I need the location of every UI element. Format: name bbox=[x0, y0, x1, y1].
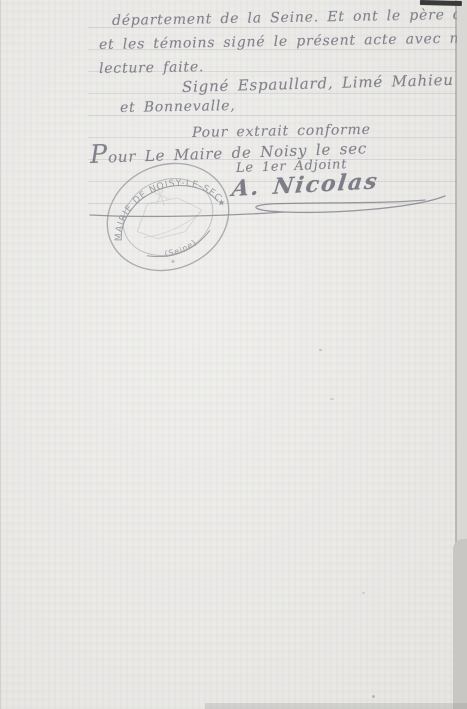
paper-speck bbox=[372, 695, 375, 698]
left-page-edge bbox=[0, 0, 1, 709]
paper-speck bbox=[362, 592, 365, 594]
mairie-stamp: MAIRIE DE NOISY-LE-SEC (Seine) ★ * bbox=[96, 156, 240, 278]
manuscript-line: département de la Seine. Et ont le père … bbox=[112, 6, 467, 29]
bottom-right-page-curve bbox=[453, 539, 467, 709]
paper-speck bbox=[319, 349, 322, 351]
paper-speck bbox=[330, 398, 334, 400]
bottom-edge-shadow bbox=[205, 703, 467, 709]
manuscript-line: Signé Espaullard, Limé Mahieu bbox=[182, 71, 454, 96]
stamp-star-right-icon: ★ bbox=[217, 199, 225, 209]
stamp-outer-border bbox=[96, 156, 240, 278]
scanned-document-page: département de la Seine. Et ont le père … bbox=[0, 0, 467, 709]
manuscript-line: et les témoins signé le présent acte ave… bbox=[99, 29, 467, 53]
manuscript-line: et Bonnevalle, bbox=[120, 98, 236, 116]
top-right-fold-mark bbox=[420, 0, 462, 6]
manuscript-line: lecture faite. bbox=[99, 59, 205, 77]
svg-text:(Seine): (Seine) bbox=[162, 237, 200, 261]
stamp-star-bottom-icon: * bbox=[170, 258, 177, 268]
stamp-arc-bottom-text: (Seine) bbox=[162, 237, 200, 261]
